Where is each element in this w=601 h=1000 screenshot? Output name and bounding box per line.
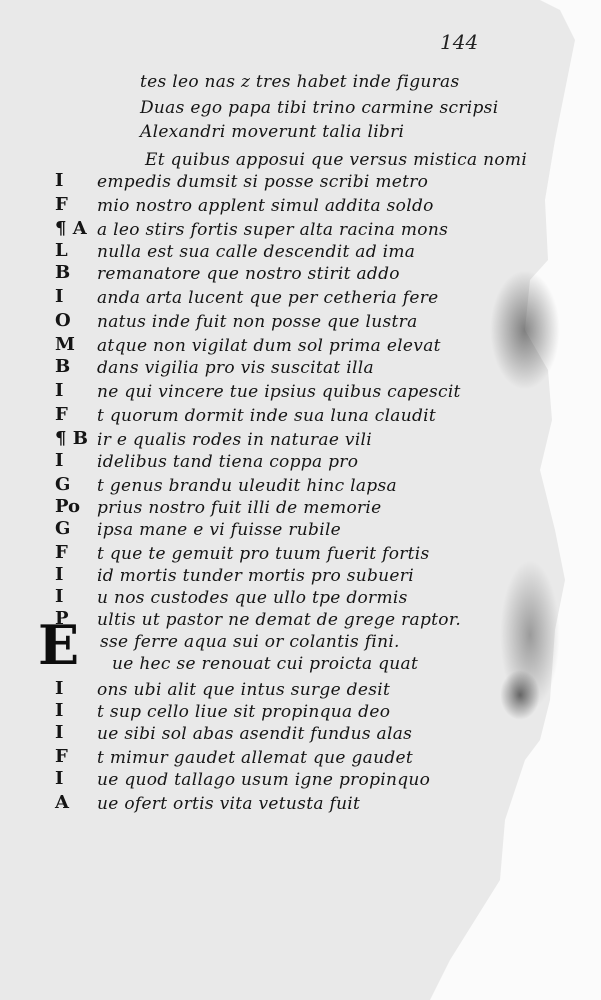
marginal-initial: I [55,170,63,191]
text-line: t sup cello liue sit propinqua deo [97,702,390,722]
text-line: Alexandri moverunt talia libri [140,122,404,142]
edge-stain [500,670,540,720]
marginal-initial: G [55,474,70,495]
marginal-initial: M [55,334,75,355]
marginal-initial: F [55,542,68,563]
text-line: mio nostro applent simul addita soldo [97,196,434,216]
marginal-initial: I [55,450,63,471]
marginal-initial: I [55,586,63,607]
marginal-initial: F [55,404,68,425]
text-line: t quorum dormit inde sua luna claudit [97,406,436,426]
marginal-initial: ¶ B [55,428,88,449]
text-line: Et quibus apposui que versus mistica nom… [145,150,527,170]
text-line: ipsa mane e vi fuisse rubile [97,520,341,540]
text-line: nulla est sua calle descendit ad ima [97,242,415,262]
folio-number: 144 [440,30,478,54]
edge-stain [490,270,560,390]
text-line: ultis ut pastor ne demat de grege raptor… [97,610,461,630]
text-line: natus inde fuit non posse que lustra [97,312,418,332]
marginal-initial: L [55,240,68,261]
marginal-initial: ¶ A [55,218,87,239]
marginal-initial: F [55,194,68,215]
text-line: ue hec se renouat cui proicta quat [112,654,418,674]
marginal-initial: I [55,678,63,699]
text-line: ue quod tallago usum igne propinquo [97,770,430,790]
marginal-initial: A [55,792,69,813]
text-line: ue sibi sol abas asendit fundus alas [97,724,412,744]
text-line: ue ofert ortis vita vetusta fuit [97,794,360,814]
marginal-initial: I [55,286,63,307]
text-line: t genus brandu uleudit hinc lapsa [97,476,397,496]
text-line: tes leo nas z tres habet inde figuras [140,72,460,92]
marginal-initial: I [55,700,63,721]
marginal-initial: I [55,564,63,585]
text-line: idelibus tand tiena coppa pro [97,452,358,472]
text-line: ne qui vincere tue ipsius quibus capesci… [97,382,461,402]
text-line: u nos custodes que ullo tpe dormis [97,588,408,608]
marginal-initial: F [55,746,68,767]
marginal-initial: B [55,262,70,283]
text-line: t que te gemuit pro tuum fuerit fortis [97,544,430,564]
text-line: ir e qualis rodes in naturae vili [97,430,372,450]
text-line: t mimur gaudet allemat que gaudet [97,748,413,768]
marginal-initial: I [55,380,63,401]
text-line: remanatore que nostro stirit addo [97,264,400,284]
text-line: ons ubi alit que intus surge desit [97,680,390,700]
text-line: atque non vigilat dum sol prima elevat [97,336,441,356]
text-line: id mortis tunder mortis pro subueri [97,566,414,586]
marginal-initial: O [55,310,71,331]
text-line: a leo stirs fortis super alta racina mon… [97,220,448,240]
text-line: empedis dumsit si posse scribi metro [97,172,428,192]
marginal-initial: Po [55,496,80,517]
text-line: dans vigilia pro vis suscitat illa [97,358,374,378]
marginal-initial: G [55,518,70,539]
marginal-initial: B [55,356,70,377]
marginal-initial: I [55,768,63,789]
text-line: Duas ego papa tibi trino carmine scripsi [140,98,498,118]
text-line: anda arta lucent que per cetheria fere [97,288,439,308]
marginal-initial: P [55,608,69,629]
text-line: sse ferre aqua sui or colantis fini. [100,632,400,652]
marginal-initial: I [55,722,63,743]
text-line: prius nostro fuit illi de memorie [97,498,382,518]
